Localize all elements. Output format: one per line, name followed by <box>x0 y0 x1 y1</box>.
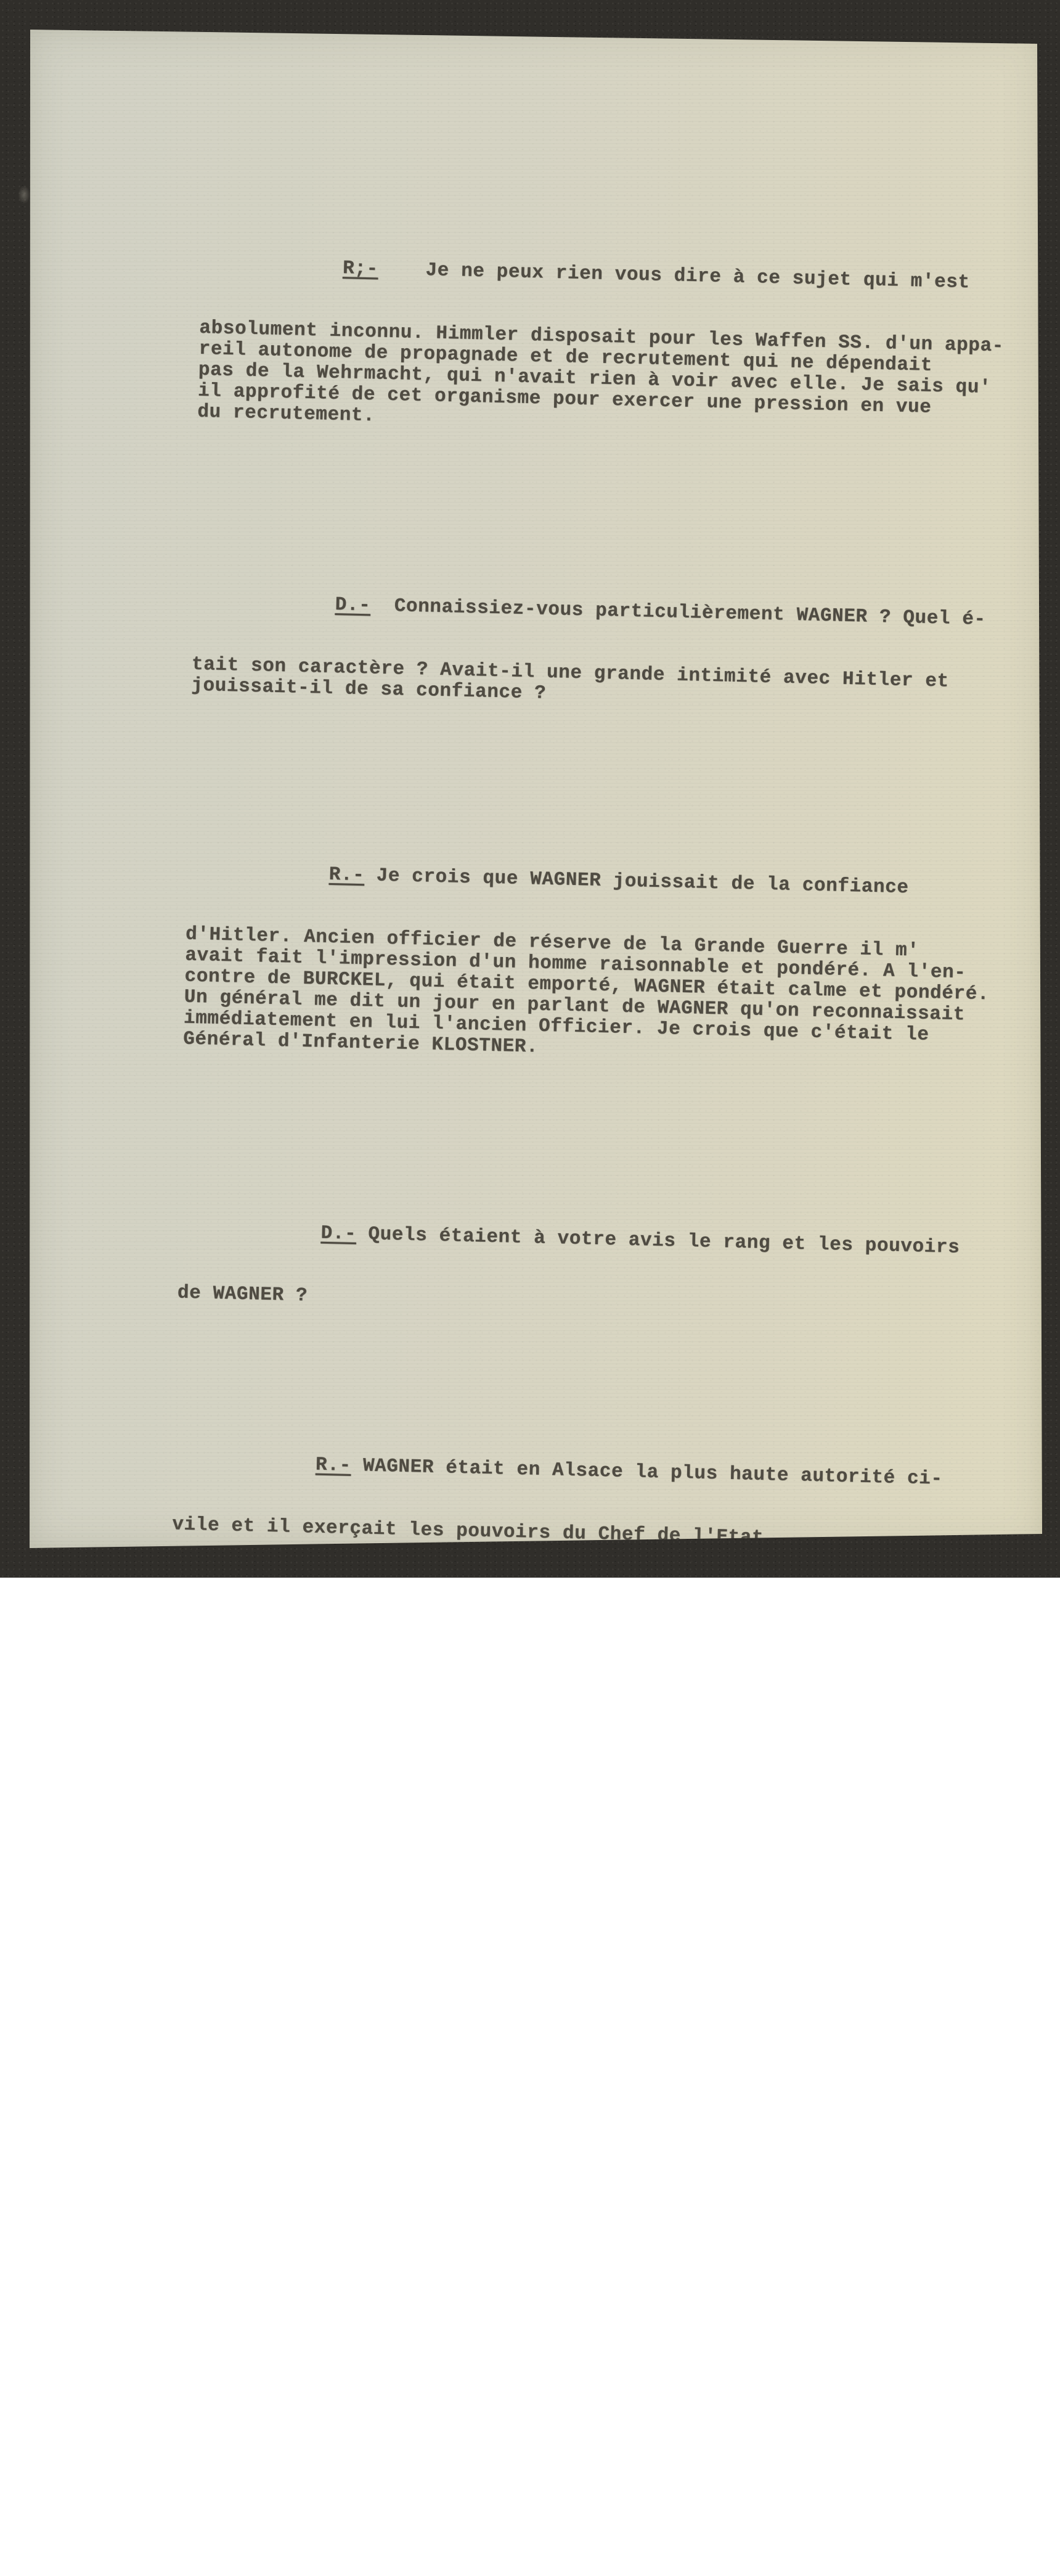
answer-line-text: Je ne peux rien vous dire à ce sujet qui… <box>378 258 970 293</box>
answer-first-line: R.- WAGNER était en Alsace la plus haute… <box>173 1451 1017 1491</box>
answer-body: d'Hitler. Ancien officier de réserve de … <box>183 924 1030 1069</box>
answer-line-text: WAGNER était en Alsace la plus haute aut… <box>351 1455 943 1490</box>
question-first-line: D.- Quels étaient à votre avis le rang e… <box>179 1220 1023 1260</box>
line-indent <box>193 591 335 616</box>
question-line-text: Connaissiez-vous particulièrement WAGNER… <box>370 595 986 630</box>
answer-body: vile et il exerçait les pouvoirs du Chef… <box>172 1514 1016 1554</box>
answer-wagner-rank: R.- WAGNER était en Alsace la plus haute… <box>171 1409 1019 1578</box>
question-line-text: Quels étaient à votre avis le rang et le… <box>356 1223 960 1258</box>
answer-first-line: R.- Je crois que WAGNER jouissait de la … <box>187 862 1031 902</box>
typed-text-layer: R;- Je ne peux rien vous dire à ce sujet… <box>149 150 1047 1578</box>
answer-marker: R.- <box>328 864 364 886</box>
question-first-line: D.- Connaissiez-vous particulièrement WA… <box>193 592 1037 632</box>
border-smudge <box>16 182 32 207</box>
answer-wagner-character: R.- Je crois que WAGNER jouissait de la … <box>182 820 1032 1111</box>
question-marker: D.- <box>320 1223 356 1245</box>
question-body: de WAGNER ? <box>177 1283 1022 1323</box>
question-marker: D.- <box>335 594 370 616</box>
line-indent <box>179 1220 321 1244</box>
answer-line-text: Je crois que WAGNER jouissait de la conf… <box>364 865 909 899</box>
answer-body: absolument inconnu. Himmler disposait po… <box>197 318 1044 442</box>
line-indent <box>200 255 343 279</box>
question-wagner-rank: D.- Quels étaient à votre avis le rang e… <box>176 1178 1024 1365</box>
answer-himmler-paragraph: R;- Je ne peux rien vous dire à ce sujet… <box>196 213 1046 484</box>
question-wagner-character: D.- Connaissiez-vous particulièrement WA… <box>190 550 1038 757</box>
document-page: R;- Je ne peux rien vous dire à ce sujet… <box>25 25 1048 1553</box>
answer-marker: R;- <box>343 258 378 280</box>
answer-marker: R.- <box>316 1454 351 1477</box>
line-indent <box>187 861 329 886</box>
photo-background: R;- Je ne peux rien vous dire à ce sujet… <box>0 0 1060 1578</box>
question-body: tait son caractère ? Avait-il une grande… <box>191 654 1036 715</box>
line-indent <box>173 1451 316 1475</box>
answer-first-line: R;- Je ne peux rien vous dire à ce sujet… <box>200 255 1045 295</box>
